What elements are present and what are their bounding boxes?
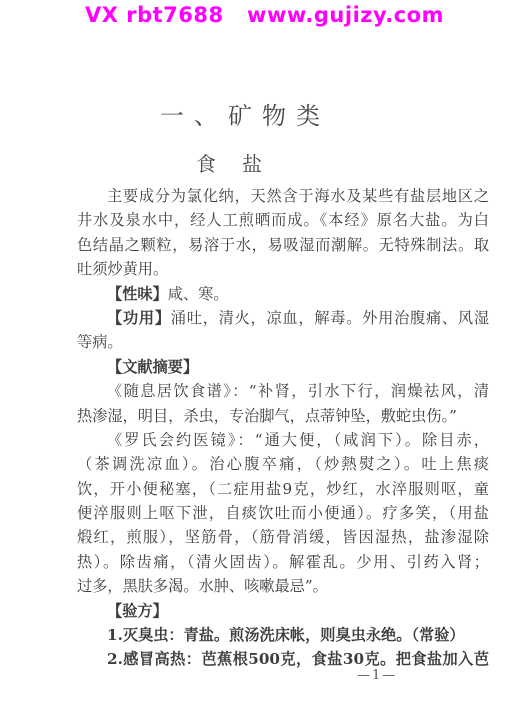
section-prescriptions: 【验方】	[77, 599, 489, 623]
section-label: 【验方】	[107, 602, 168, 620]
line-text: 井水及泉水中，经人工煎晒而成。《本经》原名大盐。为白	[77, 211, 489, 229]
prescription-item: 2.感冒高热：芭蕉根500克，食盐30克。把食盐加入芭	[77, 647, 489, 671]
line-text: 过多，黑肤多渴。水肿、咳嗽最忌”。	[77, 577, 328, 595]
text-line: 煅红，煎服），坚筋骨，（筋骨消缓，皆因湿热，盐渗湿除	[77, 525, 489, 549]
text-line: 吐须炒黄用。	[77, 257, 489, 281]
text-line: 色结晶之颗粒，易溶于水，易吸湿而潮解。无特殊制法。取	[77, 233, 489, 257]
section-function: 【功用】涌吐，清火，凉血，解毒。外用治腹痛、风湿	[77, 306, 489, 330]
text-line: 热）。除齿痛，（清火固齿）。解霍乱。少用、引药入肾；	[77, 550, 489, 574]
text-line: 便淬服则上呕下泄，自痰饮吐而小便通）。疗多笑，（用盐	[77, 501, 489, 525]
line-text: 等病。	[77, 333, 123, 351]
page-number: —1—	[357, 668, 397, 683]
text-line: 热渗湿，明目，杀虫，专治脚气，点蒂钟坠，敷蛇虫伤。”	[77, 404, 489, 428]
text-line: 饮，开小便秘塞，（二症用盐9克，炒红，水淬服则呕，童	[77, 477, 489, 501]
text-line: 主要成分为氯化纳，天然含于海水及某些有盐层地区之	[77, 184, 489, 208]
line-text: 热）。除齿痛，（清火固齿）。解霍乱。少用、引药入肾；	[77, 553, 489, 571]
line-text: 便淬服则上呕下泄，自痰饮吐而小便通）。疗多笑，（用盐	[77, 504, 489, 522]
text-line: （茶调洗凉血）。治心腹卒痛，（炒熱熨之）。吐上焦痰	[77, 452, 489, 476]
line-text: 色结晶之颗粒，易溶于水，易吸湿而潮解。无特殊制法。取	[77, 236, 489, 254]
line-text: 涌吐，清火，凉血，解毒。外用治腹痛、风湿	[171, 309, 489, 327]
line-text: 吐须炒黄用。	[77, 260, 168, 278]
entry-title: 食盐	[196, 148, 288, 177]
chapter-title: 一、矿物类	[160, 96, 330, 131]
line-text: 主要成分为氯化纳，天然含于海水及某些有盐层地区之	[107, 187, 489, 205]
prescription-item: 1.灭臭虫：青盐。煎汤洗床帐，则臭虫永绝。（常验）	[77, 623, 489, 647]
text-line: 等病。	[77, 330, 489, 354]
line-text: 煅红，煎服），坚筋骨，（筋骨消缓，皆因湿热，盐渗湿除	[77, 528, 489, 546]
line-text: 《罗氏会约医镜》：“通大便，（咸润下）。除目赤，	[107, 431, 489, 449]
section-label: 【功用】	[107, 309, 171, 327]
line-text: 咸、寒。	[168, 285, 229, 303]
section-literature: 【文献摘要】	[77, 355, 489, 379]
line-text: 热渗湿，明目，杀虫，专治脚气，点蒂钟坠，敷蛇虫伤。”	[77, 407, 457, 425]
line-text: 2.感冒高热：芭蕉根500克，食盐30克。把食盐加入芭	[107, 650, 489, 668]
section-label: 【性味】	[107, 285, 168, 303]
text-line: 《罗氏会约医镜》：“通大便，（咸润下）。除目赤，	[77, 428, 489, 452]
line-text: 1.灭臭虫：青盐。煎汤洗床帐，则臭虫永绝。（常验）	[107, 626, 465, 644]
section-nature-flavor: 【性味】咸、寒。	[77, 282, 489, 306]
watermark-banner: VX rbt7688 www.gujizy.com	[0, 3, 529, 27]
text-line: 《随息居饮食谱》：“补肾，引水下行，润燥祛风，清	[77, 379, 489, 403]
section-label: 【文献摘要】	[107, 358, 198, 376]
text-line: 过多，黑肤多渴。水肿、咳嗽最忌”。	[77, 574, 489, 598]
line-text: （茶调洗凉血）。治心腹卒痛，（炒熱熨之）。吐上焦痰	[77, 455, 489, 473]
line-text: 饮，开小便秘塞，（二症用盐9克，炒红，水淬服则呕，童	[77, 480, 489, 498]
text-line: 井水及泉水中，经人工煎晒而成。《本经》原名大盐。为白	[77, 208, 489, 232]
line-text: 《随息居饮食谱》：“补肾，引水下行，润燥祛风，清	[107, 382, 489, 400]
body-text: 主要成分为氯化纳，天然含于海水及某些有盐层地区之 井水及泉水中，经人工煎晒而成。…	[77, 184, 489, 672]
